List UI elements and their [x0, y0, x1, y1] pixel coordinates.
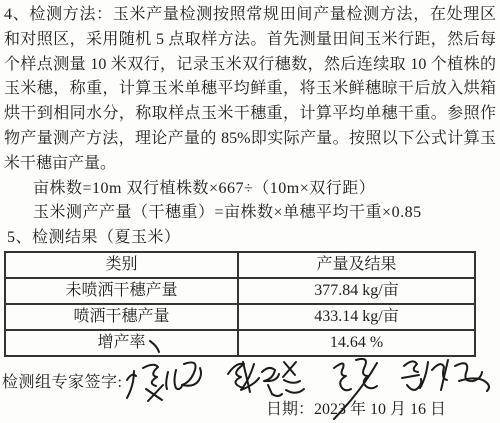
table-row: 增产率 14.64 % — [5, 330, 475, 356]
document-page: 4、检测方法：玉米产量检测按照常规田间产量检测方法，在处理区 和对照区，采用随机… — [0, 0, 500, 423]
date-text: 日期：2023 年 10 月 16 日 — [266, 396, 446, 419]
table-header-row: 类别 产量及结果 — [5, 252, 475, 278]
paragraph-line: 米干穗亩产量。 — [4, 152, 496, 177]
table-row: 未喷洒干穗产量 377.84 kg/亩 — [5, 278, 475, 304]
cell-value: 377.84 kg/亩 — [238, 278, 475, 304]
results-table: 类别 产量及结果 未喷洒干穗产量 377.84 kg/亩 喷洒干穗产量 433.… — [4, 251, 476, 357]
section5-heading: 5、检测结果（夏玉米） — [4, 226, 496, 251]
signature-2 — [228, 362, 304, 396]
section4-body: 4、检测方法：玉米产量检测按照常规田间产量检测方法，在处理区 和对照区，采用随机… — [4, 3, 496, 251]
table-row: 喷洒干穗产量 433.14 kg/亩 — [5, 304, 475, 330]
paragraph-line: 和对照区，采用随机 5 点取样方法。首先测量田间玉米行距，然后每 — [4, 28, 496, 53]
paragraph-line: 4、检测方法：玉米产量检测按照常规田间产量检测方法，在处理区 — [4, 3, 496, 28]
paragraph-line: 烘干到相同水分，称取样点玉米干穗重，计算平均单穗干重。参照作 — [4, 102, 496, 127]
expert-signature-label: 检测组专家签字: — [2, 369, 122, 392]
cell-value: 14.64 % — [238, 330, 475, 356]
formula-mu-plants: 亩株数=10m 双行植株数×667÷（10m×双行距） — [4, 177, 496, 202]
signature-1 — [127, 362, 201, 401]
paragraph-line: 个样点测量 10 米双行，记录玉米双行穗数，然后连续取 10 个植株的 — [4, 53, 496, 78]
signature-4 — [402, 360, 489, 391]
cell-category: 增产率 — [5, 330, 238, 356]
formula-yield: 玉米测产产量（干穗重）=亩株数×单穗平均干重×0.85 — [4, 201, 496, 226]
cell-category: 未喷洒干穗产量 — [5, 278, 238, 304]
cell-value: 433.14 kg/亩 — [238, 304, 475, 330]
header-cell-category: 类别 — [5, 252, 238, 278]
cell-category: 喷洒干穗产量 — [5, 304, 238, 330]
paragraph-line: 玉米穗，称重，计算玉米单穗平均鲜重，将玉米鲜穗晾干后放入烘箱 — [4, 77, 496, 102]
paragraph-line: 物产量测产方法，理论产量的 85%即实际产量。按照以下公式计算玉 — [4, 127, 496, 152]
header-cell-result: 产量及结果 — [238, 252, 475, 278]
